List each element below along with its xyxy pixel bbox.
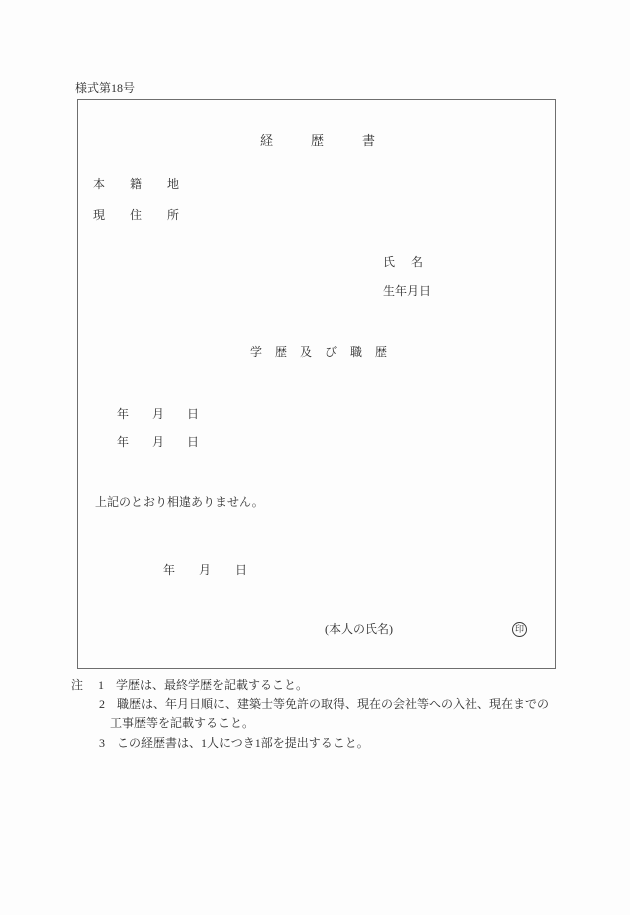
registered-domicile-label: 本籍地 [93, 178, 204, 190]
seal-stamp-icon: 印 [512, 622, 527, 637]
current-address-label: 現住所 [93, 209, 204, 221]
note-3-number: 3 [99, 737, 105, 749]
note-2-continuation-text: 工事歴等を記載すること。 [110, 717, 254, 729]
notes-marker: 注 [71, 679, 83, 691]
name-label: 氏名 [383, 256, 439, 268]
note-1-number: 1 [98, 679, 104, 691]
history-date-row-2: 年月日 [117, 436, 222, 448]
document-page: 様式第18号 経歴書 本籍地 現住所 氏名 生年月日 学歴及び職歴 年月日 年月… [0, 0, 630, 915]
note-1-text: 学歴は、最終学歴を記載すること。 [116, 679, 308, 691]
history-date-row-1: 年月日 [117, 408, 222, 420]
document-title: 経歴書 [260, 134, 413, 147]
date-of-birth-label: 生年月日 [383, 285, 431, 297]
signer-name-label: (本人の氏名) [325, 623, 393, 635]
form-number-label: 様式第18号 [75, 82, 135, 94]
note-2-text: 職歴は、年月日順に、建築士等免許の取得、現在の会社等への入社、現在までの [117, 698, 549, 710]
signature-date-row: 年月日 [163, 564, 271, 576]
note-2-number: 2 [99, 698, 105, 710]
declaration-text: 上記のとおり相違ありません。 [95, 496, 264, 508]
note-3-text: この経歴書は、1人につき1部を提出すること。 [117, 737, 369, 749]
section-heading: 学歴及び職歴 [250, 346, 400, 358]
